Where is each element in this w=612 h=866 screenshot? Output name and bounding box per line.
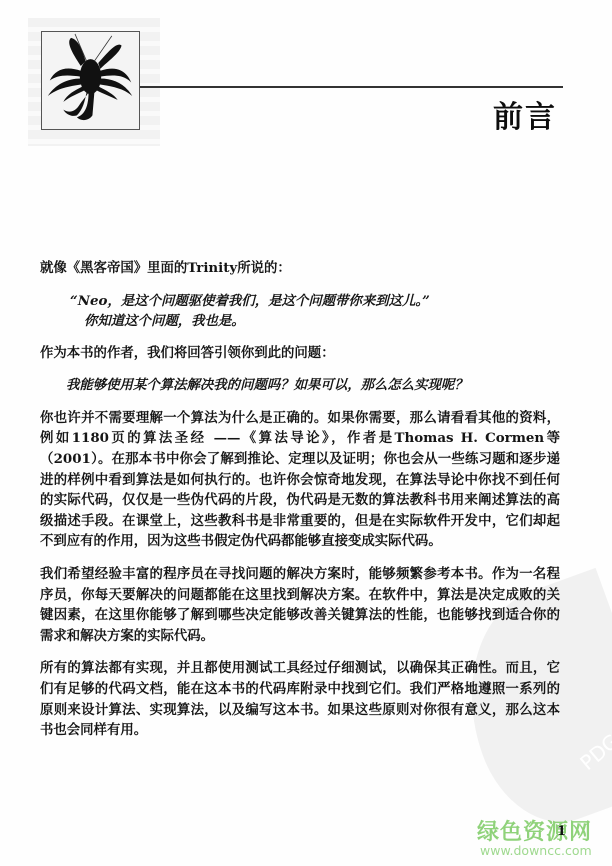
paragraph: 你也许并不需要理解一个算法为什么是正确的。如果你需要，那么请看看其他的资料，例如…: [40, 408, 560, 552]
crab-icon: [42, 32, 139, 129]
author-lead: 作为本书的作者，我们将回答引领你到此的问题：: [40, 343, 560, 364]
intro-line: 就像《黑客帝国》里面的Trinity所说的：: [40, 258, 560, 279]
quote-line: “Neo，是这个问题驱使着我们，是这个问题带你来到这儿。”: [70, 291, 560, 311]
key-question: 我能够使用某个算法解决我的问题吗？如果可以，那么怎么实现呢？: [66, 375, 560, 396]
site-watermark-logo: 绿色资源网: [477, 815, 592, 846]
paragraph: 所有的算法都有实现，并且都使用测试工具经过仔细测试，以确保其正确性。而且，它们有…: [40, 658, 560, 740]
header-rule: [140, 86, 563, 88]
chapter-title: 前言: [493, 92, 557, 136]
site-watermark-url: www.downcc.com: [480, 843, 592, 858]
book-page: 前言 PDG 就像《黑客帝国》里面的Trinity所说的： “Neo，是这个问题…: [0, 0, 612, 866]
quote-block: “Neo，是这个问题驱使着我们，是这个问题带你来到这儿。” 你知道这个问题，我也…: [40, 291, 560, 331]
page-number: 1: [557, 824, 566, 839]
quote-line: 你知道这个问题，我也是。: [84, 311, 560, 331]
paragraph: 我们希望经验丰富的程序员在寻找问题的解决方案时，能够频繁参考本书。作为一名程序员…: [40, 564, 560, 646]
body-text: 就像《黑客帝国》里面的Trinity所说的： “Neo，是这个问题驱使着我们，是…: [40, 258, 560, 753]
hermit-crab-illustration: [41, 31, 140, 130]
